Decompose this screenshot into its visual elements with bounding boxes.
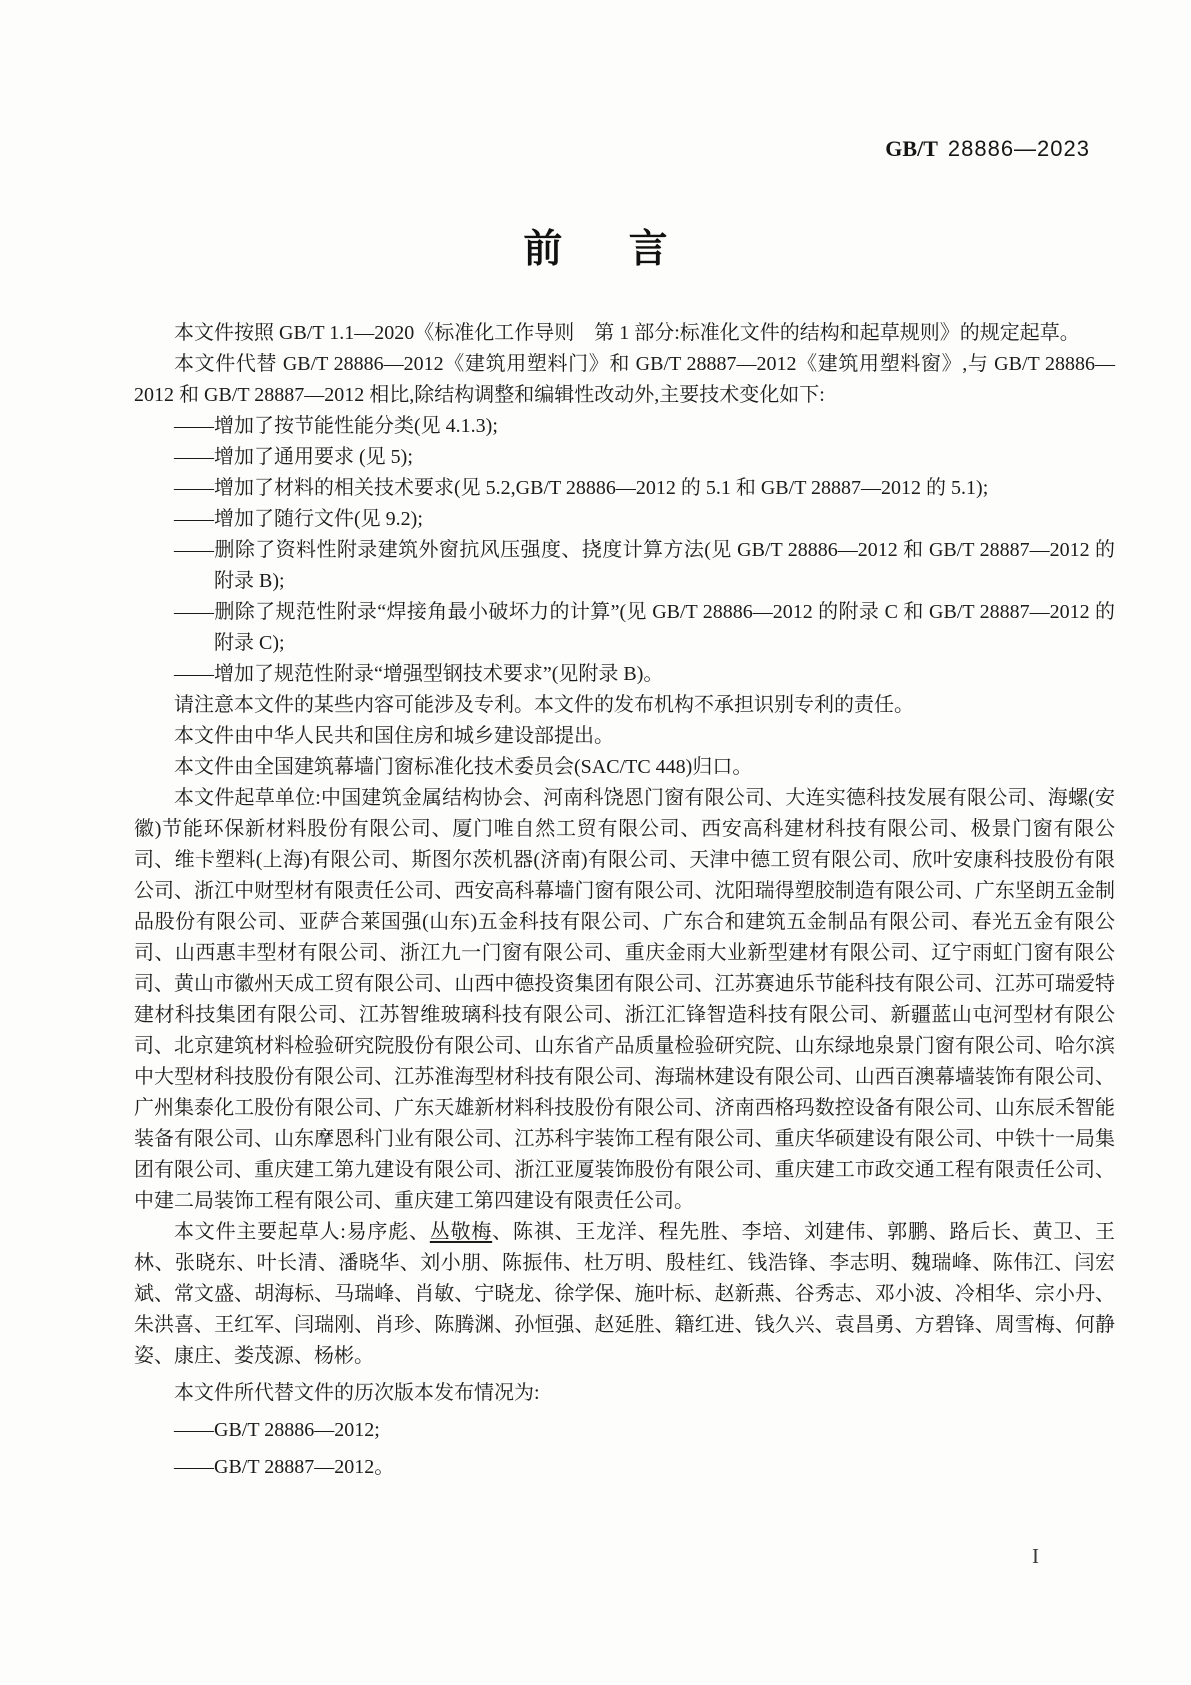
changes-list: ——增加了按节能性能分类(见 4.1.3); ——增加了通用要求 (见 5); … (134, 411, 1115, 690)
paragraph-drafting-basis: 本文件按照 GB/T 1.1—2020《标准化工作导则 第 1 部分:标准化文件… (134, 318, 1115, 349)
paragraph-drafting-units: 本文件起草单位:中国建筑金属结构协会、河南科饶恩门窗有限公司、大连实德科技发展有… (134, 783, 1115, 1217)
paragraph-replacement: 本文件代替 GB/T 28886—2012《建筑用塑料门》和 GB/T 2888… (134, 349, 1115, 411)
paragraph-proposed-by: 本文件由中华人民共和国住房和城乡建设部提出。 (134, 721, 1115, 752)
paragraph-patent-notice: 请注意本文件的某些内容可能涉及专利。本文件的发布机构不承担识别专利的责任。 (134, 690, 1115, 721)
paragraph-chief-drafters: 本文件主要起草人:易序彪、丛敬梅、陈祺、王龙洋、程先胜、李培、刘建伟、郭鹏、路后… (134, 1217, 1115, 1372)
change-item: ——增加了规范性附录“增强型钢技术要求”(见附录 B)。 (134, 659, 1115, 690)
change-item: ——增加了按节能性能分类(见 4.1.3); (134, 411, 1115, 442)
page-number: I (1032, 1544, 1039, 1569)
paragraph-centralized-by: 本文件由全国建筑幕墙门窗标准化技术委员会(SAC/TC 448)归口。 (134, 752, 1115, 783)
standard-code: GB/T28886—2023 (885, 136, 1090, 162)
history-item: ——GB/T 28887—2012。 (134, 1452, 1115, 1483)
change-item: ——增加了材料的相关技术要求(见 5.2,GB/T 28886—2012 的 5… (134, 473, 1115, 504)
change-item: ——增加了通用要求 (见 5); (134, 442, 1115, 473)
foreword-body: 本文件按照 GB/T 1.1—2020《标准化工作导则 第 1 部分:标准化文件… (134, 318, 1115, 1483)
change-item: ——删除了规范性附录“焊接角最小破坏力的计算”(见 GB/T 28886—201… (134, 597, 1115, 659)
document-page: GB/T28886—2023 前言 本文件按照 GB/T 1.1—2020《标准… (0, 0, 1191, 1685)
change-item: ——增加了随行文件(见 9.2); (134, 504, 1115, 535)
drafters-prefix: 本文件主要起草人:易序彪、 (174, 1221, 430, 1243)
foreword-title-text: 前言 (523, 228, 734, 271)
standard-code-number: 28886—2023 (948, 136, 1090, 161)
change-item: ——删除了资料性附录建筑外窗抗风压强度、挠度计算方法(见 GB/T 28886—… (134, 535, 1115, 597)
drafter-name-underlined: 丛敬梅 (430, 1221, 492, 1243)
history-item: ——GB/T 28886—2012; (134, 1415, 1115, 1446)
paragraph-history-intro: 本文件所代替文件的历次版本发布情况为: (134, 1378, 1115, 1409)
foreword-title: 前言 (0, 218, 1191, 274)
standard-code-prefix: GB/T (885, 136, 938, 161)
